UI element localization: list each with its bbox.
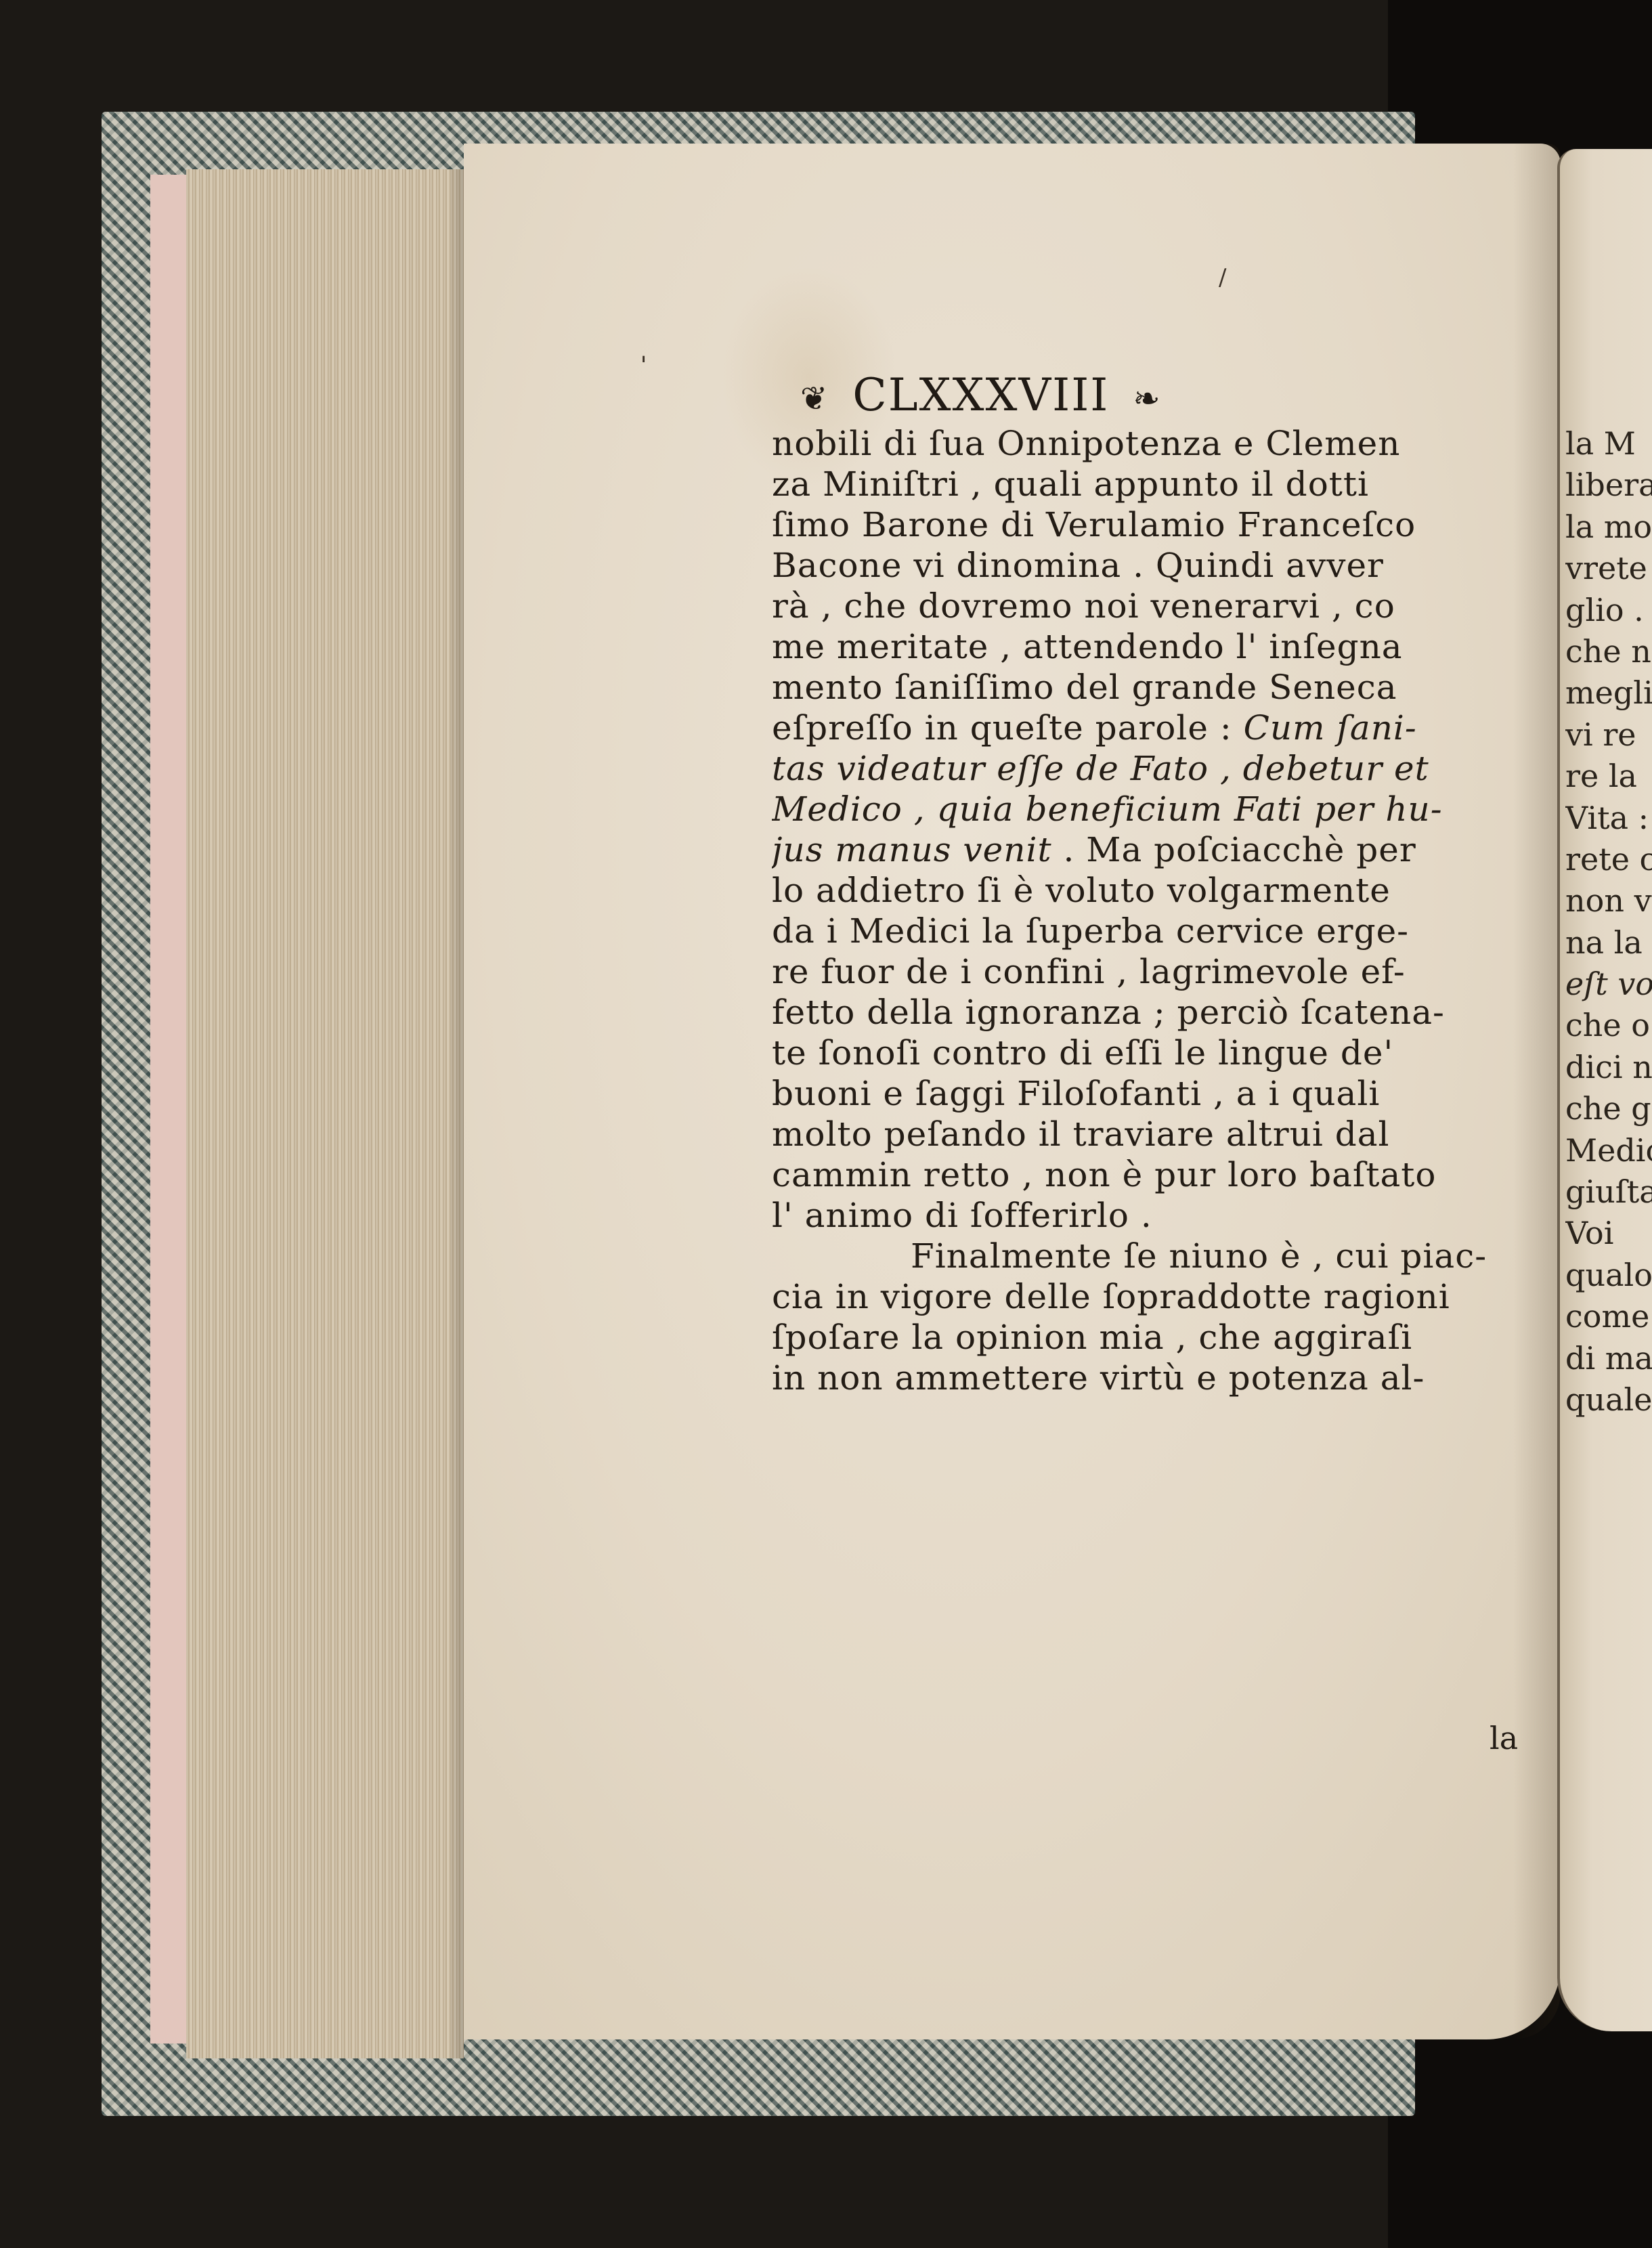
text-line-roman: ſimo Barone di Verulamio Franceſco (772, 505, 1416, 544)
facing-text-line: che n (1565, 631, 1652, 672)
text-line: ſpoſare la opinion mia , che aggiraſi (772, 1317, 1550, 1358)
facing-text-line: rete c (1565, 839, 1652, 880)
text-line: nobili di ſua Onnipotenza e Clemen (772, 423, 1550, 464)
text-line-roman: mento ſaniſſimo del grande Seneca (772, 668, 1397, 707)
text-line: molto peſando il traviare altrui dal (772, 1114, 1550, 1154)
facing-text-line: vrete (1565, 548, 1652, 589)
text-line: cia in vigore delle ſopraddotte ragioni (772, 1276, 1550, 1317)
facing-text-line: Voi (1565, 1213, 1652, 1254)
text-line: Bacone vi dinomina . Quindi avver (772, 545, 1550, 586)
text-line-roman: cammin retto , non è pur loro baſtato (772, 1155, 1436, 1194)
facing-text-line: Vita : (1565, 798, 1652, 839)
main-text-block: nobili di ſua Onnipotenza e Clemenza Min… (772, 423, 1550, 1398)
facing-text-line: eſt vo (1565, 964, 1652, 1005)
facing-text-line: na la (1565, 922, 1652, 964)
text-line-italic-quote: tas videatur eſſe de Fato , debetur et (772, 749, 1429, 788)
text-line: tas videatur eſſe de Fato , debetur et (772, 748, 1550, 789)
text-line-roman: l' animo di ſofferirlo . (772, 1196, 1152, 1235)
text-line-roman: me meritate , attendendo l' inſegna (772, 627, 1403, 666)
facing-text-line: re la (1565, 756, 1652, 797)
text-line: ſimo Barone di Verulamio Franceſco (772, 504, 1550, 545)
facing-text-line: meglio (1565, 672, 1652, 714)
text-line-roman: molto peſando il traviare altrui dal (772, 1115, 1390, 1154)
text-line: za Miniſtri , quali appunto il dotti (772, 464, 1550, 504)
text-line: re fuor de i confini , lagrimevole ef- (772, 951, 1550, 992)
text-line: mento ſaniſſimo del grande Seneca (772, 667, 1550, 708)
text-line-roman: buoni e ſaggi Filoſofanti , a i quali (772, 1074, 1380, 1113)
text-line-roman: fetto della ignoranza ; perciò ſcatena- (772, 993, 1445, 1032)
ink-speck: ˈ (640, 352, 647, 383)
text-line: cammin retto , non è pur loro baſtato (772, 1154, 1550, 1195)
text-line-roman: cia in vigore delle ſopraddotte ragioni (772, 1277, 1450, 1316)
text-line-italic-quote: Cum ſani- (1244, 708, 1417, 748)
text-line-roman: lo addietro ſi è voluto volgarmente (772, 871, 1391, 910)
facing-text-line: libera (1565, 464, 1652, 506)
fleuron-left-icon: ❦ (800, 380, 829, 418)
text-line-roman: za Miniſtri , quali appunto il dotti (772, 464, 1369, 504)
text-line-roman: eſpreſſo in queſte parole : (772, 708, 1244, 748)
text-line: fetto della ignoranza ; perciò ſcatena- (772, 992, 1550, 1033)
text-line: buoni e ſaggi Filoſofanti , a i quali (772, 1073, 1550, 1114)
facing-text-line: glio . (1565, 590, 1652, 631)
text-line: eſpreſſo in queſte parole : Cum ſani- (772, 708, 1550, 748)
running-head: ❦ CLXXXVIII ❧ (792, 369, 1469, 421)
facing-text-line: come (1565, 1296, 1652, 1337)
text-line-roman: rà , che dovremo noi venerarvi , co (772, 586, 1395, 626)
facing-text-line: qualo (1565, 1255, 1652, 1296)
text-line-roman: Bacone vi dinomina . Quindi avver (772, 546, 1384, 585)
catchword: la (1490, 1720, 1518, 1756)
text-line-roman: . Ma poſciacchè per (1052, 830, 1416, 869)
facing-text-line: la M (1565, 423, 1652, 464)
facing-text-line: dici n (1565, 1047, 1652, 1088)
facing-text-line: Medic (1565, 1130, 1652, 1171)
text-line: Medico , quia beneficium Fati per hu- (772, 789, 1550, 829)
facing-text-line: quale (1565, 1379, 1652, 1421)
facing-text-line: che o (1565, 1005, 1652, 1046)
text-line: me meritate , attendendo l' inſegna (772, 626, 1550, 667)
text-line-italic-quote: Medico , quia beneficium Fati per hu- (772, 790, 1443, 829)
text-line-roman: in non ammettere virtù e potenza al- (772, 1358, 1425, 1398)
pink-flyleaf (150, 175, 192, 2044)
text-line: rà , che dovremo noi venerarvi , co (772, 586, 1550, 626)
text-line: da i Medici la ſuperba cervice erge- (772, 911, 1550, 951)
facing-text-line: non v (1565, 880, 1652, 922)
facing-text-line: vi re (1565, 714, 1652, 756)
text-line-roman: Finalmente ſe niuno è , cui piac- (911, 1236, 1487, 1276)
text-line: te ſonoſi contro di eſſi le lingue de' (772, 1033, 1550, 1073)
text-line-roman: ſpoſare la opinion mia , che aggiraſi (772, 1318, 1412, 1357)
text-line: l' animo di ſofferirlo . (772, 1195, 1550, 1236)
text-line: Finalmente ſe niuno è , cui piac- (772, 1236, 1550, 1276)
text-line: lo addietro ſi è voluto volgarmente (772, 870, 1550, 911)
ink-speck: / (1219, 264, 1226, 291)
text-line-roman: re fuor de i confini , lagrimevole ef- (772, 952, 1406, 991)
text-line: in non ammettere virtù e potenza al- (772, 1358, 1550, 1398)
facing-page-text-fragment: la Mliberala movreteglio .che nmegliovi … (1565, 423, 1652, 1421)
fleuron-right-icon: ❧ (1133, 380, 1161, 418)
page-number-roman: CLXXXVIII (852, 369, 1109, 421)
page-edges-text-block (186, 169, 464, 2058)
text-line-italic-quote: jus manus venit (772, 830, 1052, 869)
facing-text-line: di ma (1565, 1338, 1652, 1379)
facing-text-line: che g (1565, 1088, 1652, 1129)
text-line-roman: da i Medici la ſuperba cervice erge- (772, 911, 1409, 951)
facing-text-line: la mo (1565, 506, 1652, 548)
text-line-roman: te ſonoſi contro di eſſi le lingue de' (772, 1033, 1393, 1073)
text-line-roman: nobili di ſua Onnipotenza e Clemen (772, 424, 1400, 463)
text-line: jus manus venit . Ma poſciacchè per (772, 829, 1550, 870)
facing-text-line: giuſta (1565, 1171, 1652, 1213)
